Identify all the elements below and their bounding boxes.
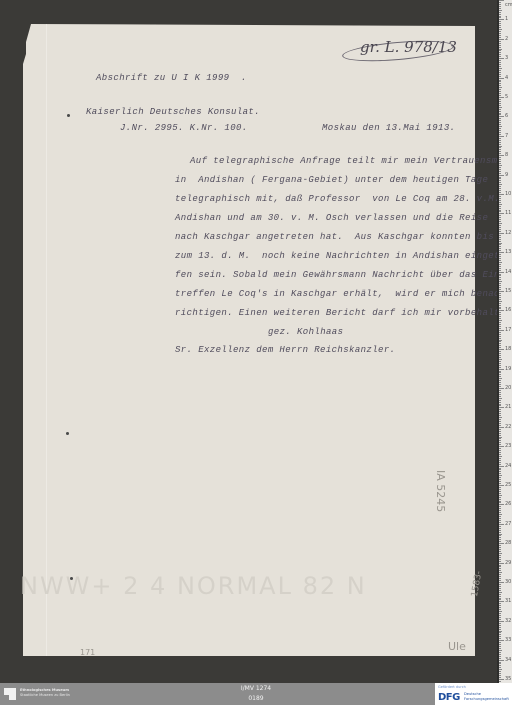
- ruler-tick: [499, 80, 501, 81]
- ruler-label: 29: [505, 560, 511, 566]
- ruler-tick: [499, 316, 501, 317]
- ruler-tick: [499, 448, 501, 449]
- bottom-right-pencil-note: Ule: [448, 640, 466, 653]
- ruler-tick: [499, 549, 501, 550]
- ruler-tick: [499, 208, 501, 209]
- dfg-logo-block: Gefördert durch DFG Deutsche Forschungsg…: [435, 683, 512, 705]
- ruler-tick: [499, 404, 501, 405]
- ruler-tick: [499, 307, 501, 308]
- ruler-tick: [499, 547, 501, 548]
- ruler-tick: [499, 223, 502, 224]
- ruler-label: 2: [505, 36, 508, 42]
- ruler-tick: [499, 239, 501, 240]
- ruler-tick: [499, 275, 501, 276]
- ruler-tick: [499, 679, 504, 680]
- ruler-tick: [499, 386, 501, 387]
- ruler-tick: [499, 675, 501, 676]
- museum-logo-icon: [4, 688, 16, 700]
- ruler-tick: [499, 611, 502, 612]
- ruler-label: 18: [505, 346, 511, 352]
- ruler-tick: [499, 324, 501, 325]
- ruler-tick: [499, 407, 504, 408]
- body-line: Auf telegraphische Anfrage teilt mir mei…: [190, 157, 512, 166]
- ruler-tick: [499, 305, 501, 306]
- ruler-tick: [499, 237, 501, 238]
- ruler-tick: [499, 656, 501, 657]
- ruler-tick: [499, 23, 501, 24]
- document-viewer: gr. L. 978/13 Abschrift zu U I K 1999 . …: [0, 0, 512, 705]
- ruler-tick: [499, 388, 504, 389]
- ruler-tick: [499, 378, 502, 379]
- ruler-tick: [499, 349, 504, 350]
- ruler-tick: [499, 431, 501, 432]
- ruler-tick: [499, 62, 501, 63]
- ruler-tick: [499, 134, 501, 135]
- ruler-tick: [499, 541, 501, 542]
- ruler-tick: [499, 640, 504, 641]
- ruler-tick: [499, 235, 501, 236]
- body-line: Andishan und am 30. v. M. Osch verlassen…: [175, 214, 488, 223]
- ruler-tick: [499, 254, 501, 255]
- ruler-tick: [499, 299, 501, 300]
- ruler-tick: [499, 642, 501, 643]
- ruler-tick: [499, 76, 501, 77]
- ruler-tick: [499, 169, 501, 170]
- ruler-tick: [499, 244, 501, 245]
- ruler-tick: [499, 535, 501, 536]
- ruler-tick: [499, 217, 501, 218]
- ruler-tick: [499, 66, 501, 67]
- ruler-tick: [499, 33, 501, 34]
- ruler-tick: [499, 665, 501, 666]
- ruler-tick: [499, 225, 501, 226]
- ruler-label: 16: [505, 307, 511, 313]
- ruler-tick: [499, 594, 501, 595]
- ruler-tick: [499, 568, 501, 569]
- ruler-tick: [499, 502, 501, 503]
- ruler-tick: [499, 477, 501, 478]
- ruler-tick: [499, 512, 501, 513]
- ruler-tick: [499, 295, 501, 296]
- ruler-tick: [499, 574, 501, 575]
- ruler-tick: [499, 188, 501, 189]
- cm-ruler: cm 1234567891011121314151617181920212223…: [497, 0, 512, 683]
- ruler-tick: [499, 677, 501, 678]
- ruler-tick: [499, 204, 502, 205]
- ruler-tick: [499, 85, 501, 86]
- ruler-tick: [499, 256, 501, 257]
- ruler-tick: [499, 652, 501, 653]
- ruler-tick: [499, 518, 501, 519]
- ruler-unit: cm: [505, 2, 512, 8]
- ruler-tick: [499, 499, 501, 500]
- ruler-tick: [499, 58, 504, 59]
- body-line: in Andishan ( Fergana-Gebiet) unter dem …: [175, 176, 488, 185]
- ruler-label: 25: [505, 482, 511, 488]
- ruler-tick: [499, 4, 501, 5]
- ruler-tick: [499, 464, 501, 465]
- ruler-tick: [499, 578, 501, 579]
- ruler-tick: [499, 390, 501, 391]
- ruler-tick: [499, 644, 501, 645]
- body-line: nach Kaschgar angetreten hat. Aus Kaschg…: [175, 233, 494, 242]
- ruler-tick: [499, 380, 501, 381]
- ruler-tick: [499, 341, 501, 342]
- ruler-tick: [499, 241, 501, 242]
- body-line: telegraphisch mit, daß Professor von Le …: [175, 195, 500, 204]
- ruler-tick: [499, 394, 501, 395]
- ruler-label: 12: [505, 230, 511, 236]
- ruler-tick: [499, 411, 501, 412]
- ruler-label: 26: [505, 501, 511, 507]
- ruler-tick: [499, 400, 501, 401]
- ruler-tick: [499, 343, 501, 344]
- ruler-tick: [499, 262, 502, 263]
- ruler-tick: [499, 274, 501, 275]
- ruler-tick: [499, 516, 501, 517]
- ruler-tick: [499, 561, 501, 562]
- ruler-tick: [499, 613, 501, 614]
- ruler-tick: [499, 681, 501, 682]
- ruler-tick: [499, 89, 501, 90]
- ruler-tick: [499, 526, 501, 527]
- ruler-tick: [499, 318, 501, 319]
- ruler-tick: [499, 454, 501, 455]
- ruler-tick: [499, 196, 501, 197]
- ruler-tick: [499, 308, 501, 309]
- ruler-tick: [499, 584, 501, 585]
- ruler-tick: [499, 632, 501, 633]
- ruler-tick: [499, 609, 501, 610]
- ruler-tick: [499, 8, 501, 9]
- ruler-tick: [499, 52, 501, 53]
- ruler-tick: [499, 6, 501, 7]
- ruler-tick: [499, 355, 501, 356]
- ruler-tick: [499, 462, 501, 463]
- ruler-tick: [499, 266, 501, 267]
- ruler-tick: [499, 485, 504, 486]
- ruler-tick: [499, 190, 501, 191]
- ruler-tick: [499, 590, 501, 591]
- ruler-tick: [499, 532, 501, 533]
- ruler-label: 17: [505, 327, 511, 333]
- ruler-tick: [499, 442, 501, 443]
- ruler-tick: [499, 334, 501, 335]
- ruler-tick: [499, 192, 501, 193]
- ruler-tick: [499, 452, 501, 453]
- ruler-tick: [499, 167, 501, 168]
- ruler-tick: [499, 250, 501, 251]
- ruler-label: 1: [505, 16, 508, 22]
- ruler-tick: [499, 475, 502, 476]
- ruler-label: 28: [505, 540, 511, 546]
- ruler-tick: [499, 97, 504, 98]
- ruler-label: 10: [505, 191, 511, 197]
- ruler-tick: [499, 528, 501, 529]
- ruler-tick: [499, 636, 501, 637]
- ruler-tick: [499, 43, 501, 44]
- funder-caption: Gefördert durch: [438, 685, 466, 689]
- ruler-tick: [499, 227, 501, 228]
- funder-name: Deutsche Forschungsgemeinschaft: [464, 692, 509, 701]
- ruler-tick: [499, 421, 501, 422]
- ruler-tick: [499, 435, 501, 436]
- ruler-tick: [499, 180, 501, 181]
- sender-line: Kaiserlich Deutsches Konsulat.: [86, 108, 260, 117]
- ruler-tick: [499, 638, 501, 639]
- ruler-tick: [499, 623, 501, 624]
- ruler-tick: [499, 413, 501, 414]
- page-number: 0189: [200, 695, 312, 702]
- ruler-tick: [499, 367, 501, 368]
- ruler-tick: [499, 363, 501, 364]
- ruler-tick: [499, 138, 501, 139]
- ruler-tick: [499, 336, 501, 337]
- ruler-tick: [499, 70, 501, 71]
- ruler-tick: [499, 372, 501, 373]
- ruler-tick: [499, 405, 501, 406]
- ruler-tick: [499, 489, 501, 490]
- ruler-tick: [499, 142, 501, 143]
- ruler-tick: [499, 78, 504, 79]
- ruler-tick: [499, 582, 504, 583]
- ruler-tick: [499, 60, 501, 61]
- ruler-tick: [499, 202, 501, 203]
- ruler-tick: [499, 345, 501, 346]
- ruler-tick: [499, 662, 501, 663]
- ruler-tick: [499, 576, 501, 577]
- ruler-tick: [499, 460, 501, 461]
- archive-stamp-text: gr. L. 978/13: [360, 38, 457, 56]
- ruler-tick: [499, 629, 501, 630]
- ruler-tick: [499, 210, 501, 211]
- ruler-tick: [499, 580, 501, 581]
- ruler-tick: [499, 599, 501, 600]
- ruler-tick: [499, 359, 502, 360]
- ruler-tick: [499, 617, 501, 618]
- ruler-tick: [499, 111, 501, 112]
- ruler-tick: [499, 283, 501, 284]
- ruler-tick: [499, 588, 501, 589]
- ruler-label: 5: [505, 94, 508, 100]
- reference-number: J.Nr. 2995. K.Nr. 100.: [120, 124, 248, 133]
- ruler-tick: [499, 607, 501, 608]
- ruler-tick: [499, 557, 501, 558]
- ruler-tick: [499, 107, 502, 108]
- ruler-tick: [499, 136, 504, 137]
- page-fold-line: [46, 24, 47, 656]
- ruler-tick: [499, 14, 501, 15]
- ruler-tick: [499, 147, 501, 148]
- ruler-tick: [499, 128, 501, 129]
- ruler-tick: [499, 376, 501, 377]
- ruler-tick: [499, 524, 504, 525]
- bleed-through-text: NWW+ 2 4 NORMAL 82 N: [20, 572, 470, 602]
- ruler-tick: [499, 646, 501, 647]
- ruler-tick: [499, 56, 501, 57]
- ruler-tick: [499, 658, 501, 659]
- ruler-label: 34: [505, 657, 511, 663]
- ruler-tick: [499, 101, 501, 102]
- ruler-tick: [499, 219, 501, 220]
- ruler-tick: [499, 361, 501, 362]
- ruler-tick: [499, 320, 502, 321]
- ruler-tick: [499, 565, 501, 566]
- ruler-tick: [499, 510, 501, 511]
- ruler-tick: [499, 130, 501, 131]
- ruler-tick: [499, 155, 504, 156]
- ruler-tick: [499, 29, 502, 30]
- ruler-tick: [499, 312, 501, 313]
- institution-line-2: Staatliche Museen zu Berlin: [20, 693, 70, 698]
- place-date: Moskau den 13.Mai 1913.: [322, 124, 455, 133]
- ruler-tick: [499, 114, 501, 115]
- ruler-tick: [499, 173, 501, 174]
- ruler-tick: [499, 631, 502, 632]
- institution-name: Ethnologisches Museum Staatliche Museen …: [20, 688, 70, 698]
- ruler-tick: [499, 264, 501, 265]
- ruler-tick: [499, 35, 501, 36]
- ruler-tick: [499, 471, 501, 472]
- ruler-tick: [499, 586, 501, 587]
- ruler-tick: [499, 215, 501, 216]
- ruler-tick: [499, 330, 504, 331]
- ruler-tick: [499, 487, 501, 488]
- ruler-tick: [499, 438, 501, 439]
- ruler-tick: [499, 429, 501, 430]
- ruler-tick: [499, 287, 501, 288]
- ruler-tick: [499, 74, 501, 75]
- ruler-tick: [499, 175, 504, 176]
- ruler-tick: [499, 297, 501, 298]
- ruler-tick: [499, 340, 502, 341]
- ruler-tick: [499, 206, 501, 207]
- copy-header: Abschrift zu U I K 1999 .: [96, 74, 247, 83]
- ruler-tick: [499, 72, 501, 73]
- ruler-label: 7: [505, 133, 508, 139]
- ruler-tick: [499, 506, 501, 507]
- body-line: treffen Le Coq's in Kaschgar erhält, wir…: [175, 290, 511, 299]
- ruler-tick: [499, 347, 501, 348]
- ruler-tick: [499, 596, 501, 597]
- ruler-tick: [499, 291, 504, 292]
- ruler-tick: [499, 469, 501, 470]
- ruler-tick: [499, 37, 501, 38]
- ruler-label: 11: [505, 210, 511, 216]
- ruler-tick: [499, 113, 501, 114]
- ruler-tick: [499, 10, 502, 11]
- ruler-tick: [499, 545, 501, 546]
- ruler-tick: [499, 396, 501, 397]
- ruler-tick: [499, 570, 501, 571]
- ruler-tick: [499, 289, 501, 290]
- ruler-tick: [499, 572, 502, 573]
- ruler-tick: [499, 17, 501, 18]
- ruler-tick: [499, 539, 501, 540]
- ruler-tick: [499, 326, 501, 327]
- ruler-tick: [499, 198, 501, 199]
- ruler-tick: [499, 260, 501, 261]
- ruler-tick: [499, 473, 501, 474]
- ruler-tick: [499, 634, 501, 635]
- ruler-tick: [499, 41, 501, 42]
- ruler-tick: [499, 118, 501, 119]
- ruler-tick: [499, 338, 501, 339]
- ruler-tick: [499, 537, 501, 538]
- ruler-tick: [499, 50, 501, 51]
- ruler-label: 33: [505, 637, 511, 643]
- ruler-tick: [499, 124, 501, 125]
- ruler-tick: [499, 382, 501, 383]
- margin-pencil-note: IA 5245: [434, 470, 447, 512]
- ruler-tick: [499, 508, 501, 509]
- ruler-label: 24: [505, 463, 511, 469]
- ruler-tick: [499, 310, 504, 311]
- footer-bar: Ethnologisches Museum Staatliche Museen …: [0, 683, 512, 705]
- ruler-tick: [499, 619, 501, 620]
- ruler-tick: [499, 374, 501, 375]
- body-line: fen sein. Sobald mein Gewährsmann Nachri…: [175, 271, 506, 280]
- ruler-tick: [499, 369, 504, 370]
- ruler-label: 22: [505, 424, 511, 430]
- ruler-tick: [499, 332, 501, 333]
- ruler-tick: [499, 603, 501, 604]
- ruler-tick: [499, 409, 501, 410]
- ruler-label: 8: [505, 152, 508, 158]
- ruler-tick: [499, 501, 501, 502]
- ruler-tick: [499, 122, 501, 123]
- ruler-tick: [499, 301, 502, 302]
- ruler-tick: [499, 47, 501, 48]
- ruler-tick: [499, 221, 501, 222]
- ruler-tick: [499, 83, 501, 84]
- ruler-tick: [499, 660, 504, 661]
- ruler-label: 35: [505, 676, 511, 682]
- ruler-tick: [499, 314, 501, 315]
- ruler-tick: [499, 246, 501, 247]
- ruler-tick: [499, 566, 501, 567]
- ruler-tick: [499, 466, 504, 467]
- punch-hole-dot: [67, 114, 70, 117]
- ruler-tick: [499, 229, 501, 230]
- ruler-tick: [499, 303, 501, 304]
- ruler-tick: [499, 371, 501, 372]
- ruler-tick: [499, 493, 501, 494]
- ruler-tick: [499, 627, 501, 628]
- ruler-label: 14: [505, 269, 511, 275]
- ruler-tick: [499, 437, 502, 438]
- body-line: zum 13. d. M. noch keine Nachrichten in …: [175, 252, 512, 261]
- ruler-tick: [499, 384, 501, 385]
- ruler-tick: [499, 392, 501, 393]
- ruler-tick: [499, 648, 501, 649]
- ruler-tick: [499, 615, 501, 616]
- ruler-tick: [499, 559, 501, 560]
- ruler-tick: [499, 132, 501, 133]
- ruler-tick: [499, 194, 504, 195]
- ruler-tick: [499, 157, 501, 158]
- ruler-tick: [499, 673, 501, 674]
- ruler-tick: [499, 165, 502, 166]
- ruler-tick: [499, 444, 501, 445]
- ruler-label: 13: [505, 249, 511, 255]
- ruler-tick: [499, 16, 501, 17]
- ruler-label: 27: [505, 521, 511, 527]
- ruler-label: 4: [505, 75, 508, 81]
- ruler-tick: [499, 21, 501, 22]
- ruler-tick: [499, 231, 501, 232]
- dfg-logo-icon: DFG: [438, 692, 460, 703]
